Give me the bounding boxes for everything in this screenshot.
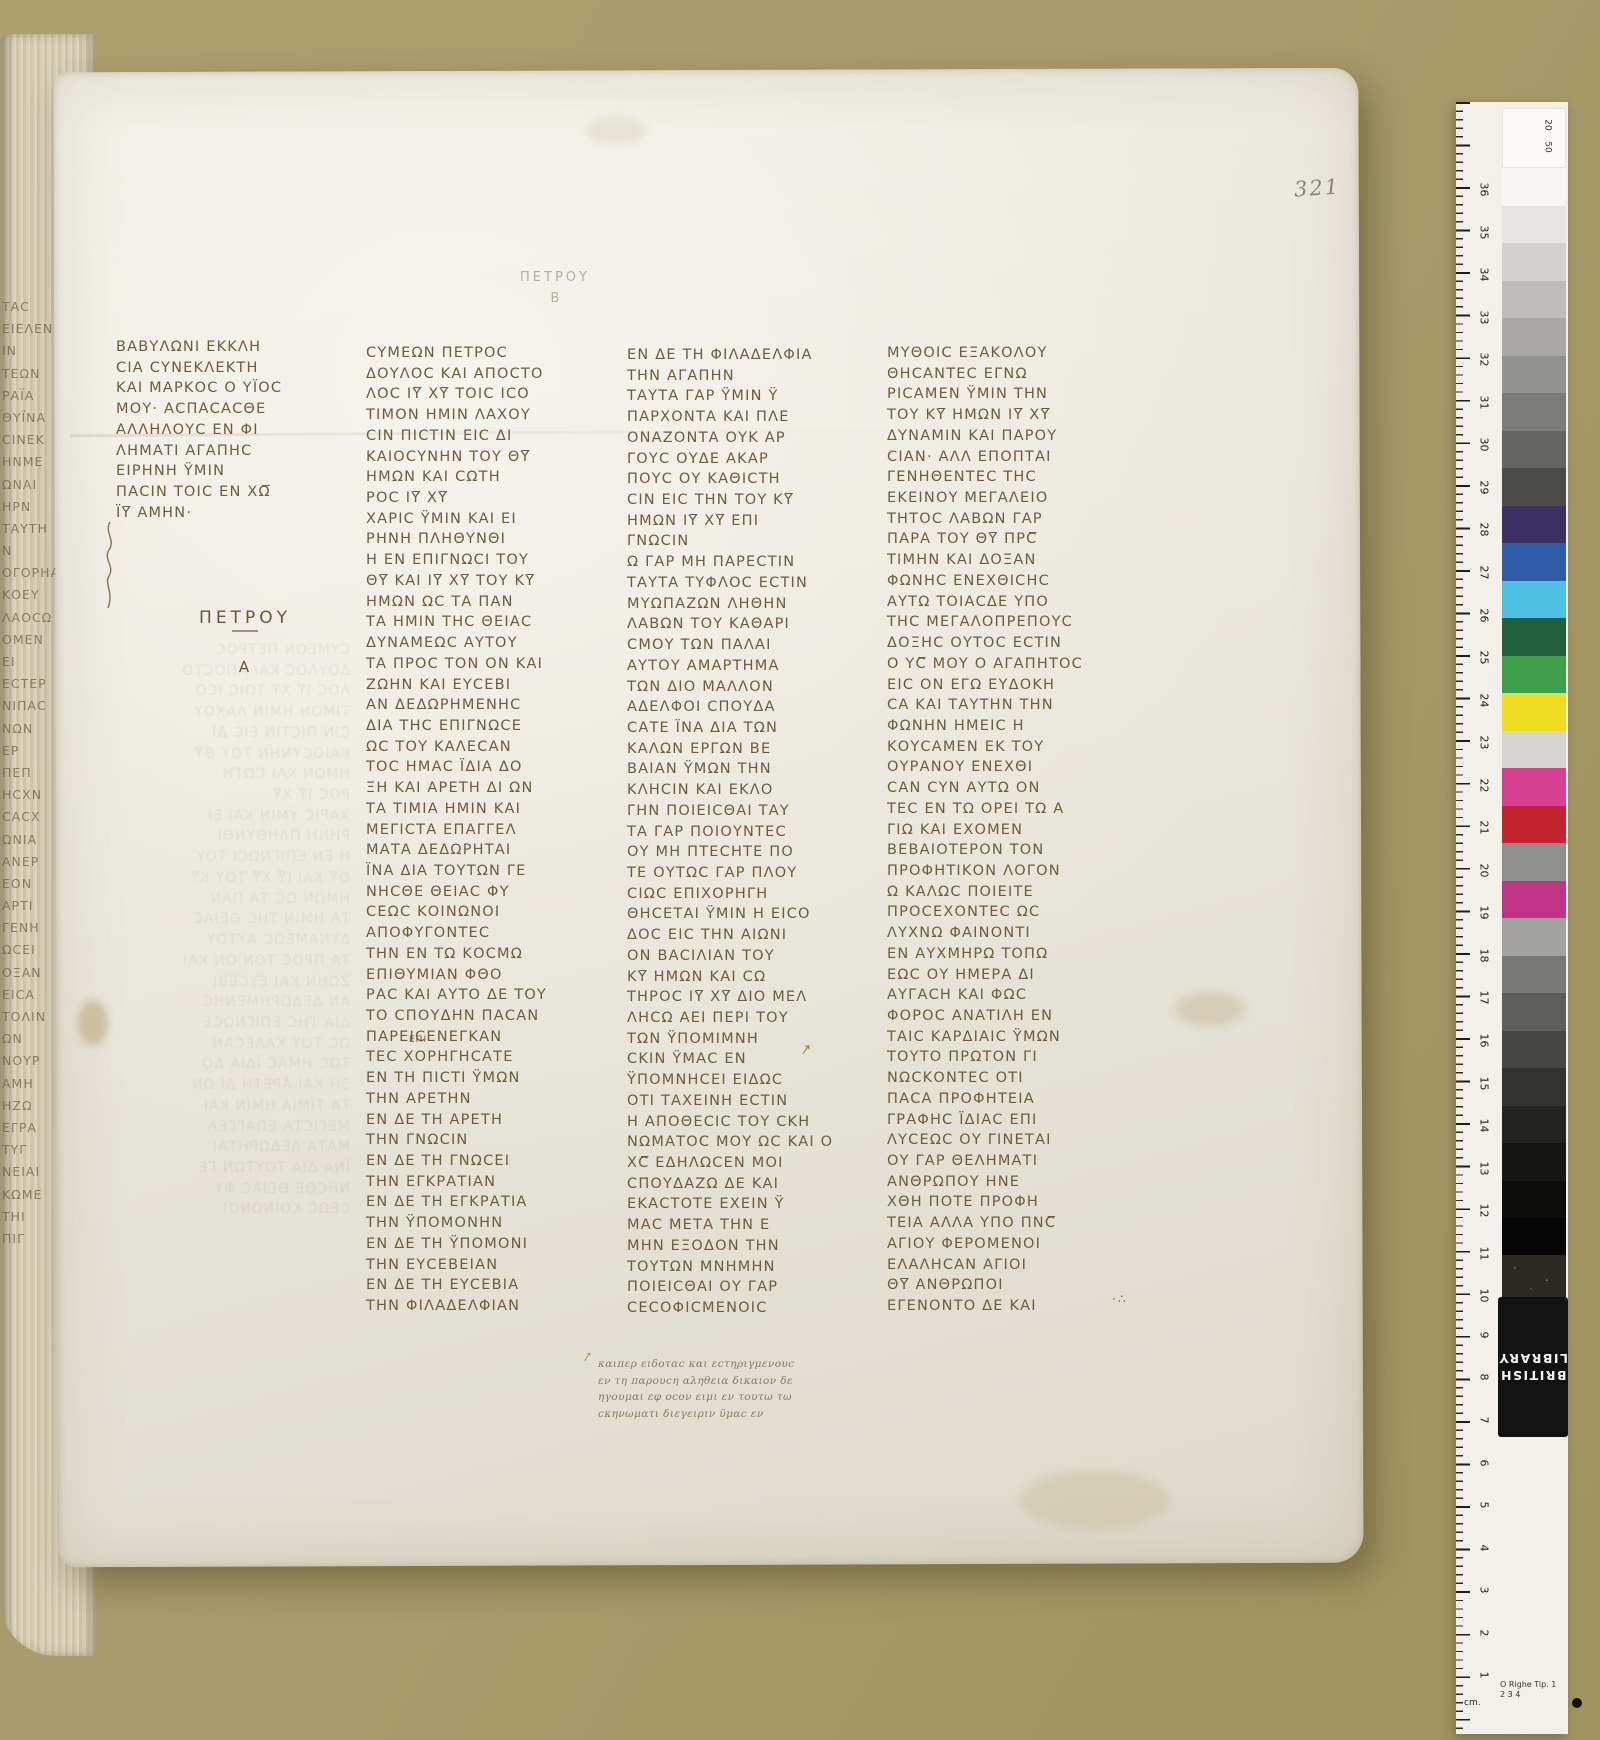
marginal-note-lines: καιπερ ειδοταϲ και εϲτηριγμενουϲεν τη πα… bbox=[598, 1356, 795, 1422]
manuscript-text-line: ΓΡΑΦΗϹ ΪΔΙΑϹ ΕΠΙ bbox=[887, 1110, 1131, 1131]
ruler-cm-ticks bbox=[1456, 102, 1470, 1734]
color-patch bbox=[1502, 1218, 1566, 1256]
color-patch bbox=[1502, 168, 1566, 206]
ruler-number: 30 bbox=[1478, 438, 1491, 458]
manuscript-text-line: ΠΟΙΕΙϹΘΑΙ ΟΥ ΓΑΡ bbox=[627, 1277, 877, 1298]
subscription-flourish bbox=[232, 630, 258, 632]
ruler-number: 12 bbox=[1478, 1204, 1491, 1224]
manuscript-text-line: ΤΗΝ ΓΝΩϹΙΝ bbox=[366, 1130, 606, 1151]
manuscript-text-line: ΤΗΝ ΕΥϹΕΒΕΙΑΝ bbox=[366, 1255, 606, 1276]
manuscript-text-line: ΤΟΥΤΩΝ ΜΝΗΜΗΝ bbox=[627, 1257, 877, 1278]
color-patch bbox=[1502, 1068, 1566, 1106]
page-stain bbox=[1175, 992, 1245, 1026]
ruler-number: 29 bbox=[1478, 480, 1491, 500]
manuscript-text-line: ΤΑΥΤΑ ΓΑΡ ΫΜΙΝ Ϋ bbox=[627, 386, 877, 407]
interlinear-correction: ΕΠΙ bbox=[409, 1035, 427, 1045]
manuscript-text-line: ΟΤΙ ΤΑΧΕΙΝΗ ΕϹΤΙΝ bbox=[627, 1091, 877, 1112]
page-stain bbox=[78, 1000, 108, 1046]
ghost-text-line: ΤΙΜΟΝ ΗΜΙΝ ΛΑΧΟΥ bbox=[118, 702, 350, 723]
manuscript-text-line: ΕΩϹ ΟΥ ΗΜΕΡΑ ΔΙ bbox=[887, 965, 1131, 986]
manuscript-text-line: ΛΥΧΝΩ ΦΑΙΝΟΝΤΙ bbox=[887, 923, 1131, 944]
manuscript-text-line: ΠΑΡΕΙϹΕΝΕΓΚΑΝ bbox=[366, 1027, 606, 1048]
manuscript-text-line: ΓΗΝ ΠΟΙΕΙϹΘΑΙ ΤΑΥ bbox=[627, 801, 877, 822]
manuscript-text-line: ϹΥΜΕΩΝ ΠΕΤΡΟϹ bbox=[366, 343, 606, 364]
manuscript-text-line: ΕΛΑΛΗϹΑΝ ΑΓΙΟΙ bbox=[887, 1255, 1131, 1276]
manuscript-text-line: Η ΕΝ ΕΠΙΓΝΩϹΙ ΤΟΥ bbox=[366, 550, 606, 571]
manuscript-text-line: ΓΝΩϹΙΝ bbox=[627, 531, 877, 552]
manuscript-text-line: ϹΕϹΟΦΙϹΜΕΝΟΙϹ bbox=[627, 1298, 877, 1319]
marginal-note-line: ϲκηνωματι διεγειριν ϋμαϲ εν bbox=[598, 1406, 795, 1423]
target-top-tab: 20 50 bbox=[1502, 108, 1566, 168]
ghost-text-line: ΚΑΙΟϹΥΝΗΝ ΤΟΥ ΘΥ̅ bbox=[118, 744, 350, 765]
manuscript-text-line: ϹΙΝ ΠΙϹΤΙΝ ΕΙϹ ΔΙ bbox=[366, 426, 606, 447]
manuscript-text-line: ΦΟΡΟϹ ΑΝΑΤΙΛΗ ΕΝ bbox=[887, 1006, 1131, 1027]
marginal-note-line: καιπερ ειδοταϲ και εϲτηριγμενουϲ bbox=[598, 1356, 795, 1373]
manuscript-text-line: ΚΑΛΩΝ ΕΡΓΩΝ ΒΕ bbox=[627, 739, 877, 760]
ruler-number: 18 bbox=[1478, 948, 1491, 968]
manuscript-text-line: ΤΗΤΟϹ ΛΑΒΩΝ ΓΑΡ bbox=[887, 509, 1131, 530]
manuscript-text-line: ΕΙϹ ΟΝ ΕΓΩ ΕΥΔΟΚΗ bbox=[887, 675, 1131, 696]
registration-dot bbox=[1572, 1698, 1582, 1708]
manuscript-text-line: ϹΑΤΕ ΪΝΑ ΔΙΑ ΤΩΝ bbox=[627, 718, 877, 739]
manuscript-text-line: ΝΩΜΑΤΟϹ ΜΟΥ ΩϹ ΚΑΙ Ο bbox=[627, 1132, 877, 1153]
manuscript-text-line: ϹΙΝ ΕΙϹ ΤΗΝ ΤΟΥ ΚΥ̅ bbox=[627, 490, 877, 511]
ruler-number: 35 bbox=[1478, 225, 1491, 245]
text-column-2: ϹΥΜΕΩΝ ΠΕΤΡΟϹΔΟΥΛΟϹ ΚΑΙ ΑΠΟϹΤΟΛΟϹ ΙΥ̅ ΧΥ… bbox=[366, 343, 606, 1317]
ghost-text-line: ΔΥΝΑΜΕΩϹ ΑΥΤΟΥ bbox=[118, 930, 350, 951]
ruler-number: 16 bbox=[1478, 1034, 1491, 1054]
ghost-text-line: ΛΟϹ ΙΥ̅ ΧΥ̅ ΤΟΙϹ ΙϹΟ bbox=[118, 681, 350, 702]
manuscript-text-line: ΪΥ̅ ΑΜΗΝ· bbox=[116, 503, 360, 524]
manuscript-text-line: ΒΑΒΥΛΩΝΙ ΕΚΚΛΗ bbox=[116, 337, 360, 358]
manuscript-text-line: ΕΝ ΑΥΧΜΗΡΩ ΤΟΠΩ bbox=[887, 944, 1131, 965]
ruler-number: 8 bbox=[1478, 1374, 1491, 1394]
manuscript-text-line: ΠΡΟϹΕΧΟΝΤΕϹ ΩϹ bbox=[887, 902, 1131, 923]
manuscript-text-line: ΠΑϹΑ ΠΡΟΦΗΤΕΙΑ bbox=[887, 1089, 1131, 1110]
text-column-1: ΒΑΒΥΛΩΝΙ ΕΚΚΛΗϹΙΑ ϹΥΝΕΚΛΕΚΤΗΚΑΙ ΜΑΡΚΟϹ Ο… bbox=[116, 337, 360, 523]
manuscript-text-line: ΤΕϹ ΧΟΡΗΓΗϹΑΤΕ bbox=[366, 1047, 606, 1068]
ghost-text-line: ΪΝΑ ΔΙΑ ΤΟΥΤΩΝ ΓΕ bbox=[118, 1158, 350, 1179]
manuscript-text-line: ΧϹ̅ ΕΔΗΛΩϹΕΝ ΜΟΙ bbox=[627, 1153, 877, 1174]
manuscript-text-line: ΜΗΝ ΕΞΟΔΟΝ ΤΗΝ bbox=[627, 1236, 877, 1257]
manuscript-text-line: ΓΕΝΗΘΕΝΤΕϹ ΤΗϹ bbox=[887, 467, 1131, 488]
manuscript-text-line: ΤΑ ΤΙΜΙΑ ΗΜΙΝ ΚΑΙ bbox=[366, 799, 606, 820]
marginal-note: ↗ καιπερ ειδοταϲ και εϲτηριγμενουϲεν τη … bbox=[598, 1356, 795, 1422]
ghost-text-line: ΑΝ ΔΕΔΩΡΗΜΕΝΗϹ bbox=[118, 992, 350, 1013]
ruler-number: 19 bbox=[1478, 906, 1491, 926]
color-patch bbox=[1502, 1181, 1566, 1219]
manuscript-text-line: ΛΗΜΑΤΙ ΑΓΑΠΗϹ bbox=[116, 441, 360, 462]
manuscript-text-line: ΘΗϹΕΤΑΙ ΫΜΙΝ Η ΕΙϹΟ bbox=[627, 904, 877, 925]
manuscript-text-line: ΤΙΜΟΝ ΗΜΙΝ ΛΑΧΟΥ bbox=[366, 405, 606, 426]
manuscript-text-line: ΔΟΞΗϹ ΟΥΤΟϹ ΕϹΤΙΝ bbox=[887, 633, 1131, 654]
library-label-line: LIBRARY bbox=[1498, 1350, 1568, 1367]
manuscript-text-line: ΜΥΩΠΑΖΩΝ ΛΗΘΗΝ bbox=[627, 594, 877, 615]
manuscript-text-line: ΤΗΡΟϹ ΙΥ̅ ΧΥ̅ ΔΙΟ ΜΕΛ bbox=[627, 987, 877, 1008]
running-title-numeral: Β bbox=[455, 291, 655, 306]
manuscript-text-line: ϹΙΑΝ· ΑΛΛ ΕΠΟΠΤΑΙ bbox=[887, 447, 1131, 468]
ruler-number: 13 bbox=[1478, 1161, 1491, 1181]
ghost-text-line: ΘΥ̅ ΚΑΙ ΙΥ̅ ΧΥ̅ ΤΟΥ ΚΥ̅ bbox=[118, 868, 350, 889]
color-patch bbox=[1502, 1106, 1566, 1144]
manuscript-text-line: ΚΑΙΟϹΥΝΗΝ ΤΟΥ ΘΥ̅ bbox=[366, 447, 606, 468]
manuscript-text-line: ΘΥ̅ ΑΝΘΡΩΠΟΙ bbox=[887, 1275, 1131, 1296]
ruler-maker-text: 2 3 4 bbox=[1500, 1690, 1566, 1700]
folio-number: 321 bbox=[1293, 174, 1341, 201]
ghost-text-line: ΤΑ ΠΡΟϹ ΤΟΝ ΟΝ ΚΑΙ bbox=[118, 951, 350, 972]
manuscript-text-line: ΠΡΟΦΗΤΙΚΟΝ ΛΟΓΟΝ bbox=[887, 861, 1131, 882]
manuscript-text-line: ΤΗΝ ΫΠΟΜΟΝΗΝ bbox=[366, 1213, 606, 1234]
color-patch bbox=[1502, 843, 1566, 881]
color-patch bbox=[1502, 806, 1566, 844]
running-title: ΠΕΤΡΟΥ Β bbox=[455, 270, 655, 306]
marginal-note-line: ηγουμαι εφ οϲον ειμι εν τουτω τω bbox=[598, 1389, 795, 1406]
manuscript-text-line: ΛΑΒΩΝ ΤΟΥ ΚΑΘΑΡΙ bbox=[627, 614, 877, 635]
manuscript-text-line: ΝΗϹΘΕ ΘΕΙΑϹ ΦΥ bbox=[366, 882, 606, 903]
manuscript-text-line: ΤΑΙϹ ΚΑΡΔΙΑΙϹ ΫΜΩΝ bbox=[887, 1027, 1131, 1048]
manuscript-text-line: ϹΚΙΝ ΫΜΑϹ ΕΝ bbox=[627, 1049, 877, 1070]
manuscript-text-line: ΠΟΥϹ ΟΥ ΚΑΘΙϹΤΗ bbox=[627, 469, 877, 490]
ruler-number: 20 bbox=[1478, 863, 1491, 883]
manuscript-text-line: ΗΜΩΝ ΚΑΙ ϹΩΤΗ bbox=[366, 467, 606, 488]
manuscript-text-line: Η ΑΠΟΘΕϹΙϹ ΤΟΥ ϹΚΗ bbox=[627, 1112, 877, 1133]
ruler-number: 14 bbox=[1478, 1119, 1491, 1139]
manuscript-text-line: ΤΗϹ ΜΕΓΑΛΟΠΡΕΠΟΥϹ bbox=[887, 612, 1131, 633]
ruler-number: 10 bbox=[1478, 1289, 1491, 1309]
marginal-note-line: εν τη παρουϲη αληθεια δικαιον δε bbox=[598, 1373, 795, 1390]
manuscript-text-line: ΟΥ ΓΑΡ ΘΕΛΗΜΑΤΙ bbox=[887, 1151, 1131, 1172]
color-patch bbox=[1502, 318, 1566, 356]
speckled-dark-patch bbox=[1502, 1255, 1566, 1297]
color-patch bbox=[1502, 356, 1566, 394]
manuscript-text-line: ΜΕΓΙϹΤΑ ΕΠΑΓΓΕΛ bbox=[366, 820, 606, 841]
manuscript-text-line: ΔΙΑ ΤΗϹ ΕΠΙΓΝΩϹΕ bbox=[366, 716, 606, 737]
manuscript-text-line: ΓΟΥϹ ΟΥΔΕ ΑΚΑΡ bbox=[627, 449, 877, 470]
color-patch bbox=[1502, 1143, 1566, 1181]
ghost-text-line: Η ΕΝ ΕΠΙΓΝΩϹΙ ΤΟΥ bbox=[118, 847, 350, 868]
color-patch bbox=[1502, 431, 1566, 469]
ghost-text-line: ΞΗ ΚΑΙ ΑΡΕΤΗ ΔΙ ΩΝ bbox=[118, 1075, 350, 1096]
manuscript-text-line: ϹΕΩϹ ΚΟΙΝΩΝΟΙ bbox=[366, 902, 606, 923]
manuscript-text-line: ΖΩΗΝ ΚΑΙ ΕΥϹΕΒΙ bbox=[366, 675, 606, 696]
page-stain bbox=[586, 118, 646, 144]
ruler-number: 25 bbox=[1478, 651, 1491, 671]
color-patch bbox=[1502, 243, 1566, 281]
ruler-number: 15 bbox=[1478, 1076, 1491, 1096]
manuscript-text-line: ΕΝ ΔΕ ΤΗ ΑΡΕΤΗ bbox=[366, 1110, 606, 1131]
manuscript-text-line: Ο ΥϹ̅ ΜΟΥ Ο ΑΓΑΠΗΤΟϹ bbox=[887, 654, 1131, 675]
manuscript-text-line: ΡΑϹ ΚΑΙ ΑΥΤΟ ΔΕ ΤΟΥ bbox=[366, 985, 606, 1006]
manuscript-text-line: ΤΑΥΤΑ ΤΥΦΛΟϹ ΕϹΤΙΝ bbox=[627, 573, 877, 594]
line-end-flourish: ·∴ bbox=[1112, 1292, 1127, 1306]
ghost-text-line: ΩϹ ΤΟΥ ΚΑΛΕϹΑΝ bbox=[118, 1034, 350, 1055]
ruler-number: 24 bbox=[1478, 693, 1491, 713]
coronis-mark bbox=[102, 520, 118, 614]
manuscript-text-line: ΑΥΓΑϹΗ ΚΑΙ ΦΩϹ bbox=[887, 985, 1131, 1006]
manuscript-text-line: ΡΟϹ ΙΥ̅ ΧΥ̅ bbox=[366, 488, 606, 509]
ghost-text-line: ΗΜΩΝ ΩϹ ΤΑ ΠΑΝ bbox=[118, 889, 350, 910]
manuscript-text-line: ΜΑϹ ΜΕΤΑ ΤΗΝ Ε bbox=[627, 1215, 877, 1236]
manuscript-text-line: Ω ΓΑΡ ΜΗ ΠΑΡΕϹΤΙΝ bbox=[627, 552, 877, 573]
ruler-number: 3 bbox=[1478, 1587, 1491, 1607]
manuscript-text-line: ΟΥΡΑΝΟΥ ΕΝΕΧΘΙ bbox=[887, 757, 1131, 778]
ghost-text-line: ΝΗϹΘΕ ΘΕΙΑϹ ΦΥ bbox=[118, 1179, 350, 1200]
target-tab-label: 20 bbox=[1543, 119, 1553, 130]
manuscript-text-line: ΚΟΥϹΑΜΕΝ ΕΚ ΤΟΥ bbox=[887, 737, 1131, 758]
manuscript-text-line: Ω ΚΑΛΩϹ ΠΟΙΕΙΤΕ bbox=[887, 882, 1131, 903]
manuscript-text-line: ΑΥΤΩ ΤΟΙΑϹΔΕ ΥΠΟ bbox=[887, 592, 1131, 613]
ruler-number: 27 bbox=[1478, 565, 1491, 585]
manuscript-photo-stage: ΤΑϹΕΙΕΛΕΝΙΝΤΕΩΝΡΑΪΑΘΥΪΝΑϹΙΝΕΚΗΝΜΕΩΝΑΙΗΡΝ… bbox=[0, 0, 1600, 1740]
subscription-numeral: Α bbox=[150, 658, 340, 676]
ghost-text-line: ΜΑΤΑ ΔΕΔΩΡΗΤΑΙ bbox=[118, 1137, 350, 1158]
manuscript-text-line: ΝΩϹΚΟΝΤΕϹ ΟΤΙ bbox=[887, 1068, 1131, 1089]
manuscript-text-line: ΛΥϹΕΩϹ ΟΥ ΓΙΝΕΤΑΙ bbox=[887, 1130, 1131, 1151]
manuscript-text-line: ΟΥ ΜΗ ΠΤΕϹΗΤΕ ΠΟ bbox=[627, 842, 877, 863]
ruler-number: 21 bbox=[1478, 821, 1491, 841]
manuscript-text-line: ΡΗΝΗ ΠΛΗΘΥΝΘΙ bbox=[366, 529, 606, 550]
manuscript-text-line: ΤΗΝ ΕΝ ΤΩ ΚΟϹΜΩ bbox=[366, 944, 606, 965]
ruler-number: 11 bbox=[1478, 1246, 1491, 1266]
color-patch bbox=[1502, 281, 1566, 319]
manuscript-text-line: ΤΩΝ ΫΠΟΜΙΜΝΗ bbox=[627, 1029, 877, 1050]
manuscript-text-line: ΠΑΡΑ ΤΟΥ ΘΥ̅ ΠΡϹ̅ bbox=[887, 529, 1131, 550]
manuscript-text-line: ΑΝΘΡΩΠΟΥ ΗΝΕ bbox=[887, 1172, 1131, 1193]
color-patch bbox=[1502, 506, 1566, 544]
manuscript-text-line: ΤΟϹ ΗΜΑϹ ΪΔΙΑ ΔΟ bbox=[366, 757, 606, 778]
page-stain bbox=[1020, 1470, 1170, 1530]
ruler-number: 36 bbox=[1478, 183, 1491, 203]
manuscript-text-line: ΩϹ ΤΟΥ ΚΑΛΕϹΑΝ bbox=[366, 737, 606, 758]
manuscript-text-line: ϹΜΟΥ ΤΩΝ ΠΑΛΑΙ bbox=[627, 635, 877, 656]
manuscript-text-line: ϹΑΝ ϹΥΝ ΑΥΤΩ ΟΝ bbox=[887, 778, 1131, 799]
ruler-number: 4 bbox=[1478, 1544, 1491, 1564]
target-tab-label: 50 bbox=[1543, 141, 1553, 152]
manuscript-text-line: ΕΝ ΔΕ ΤΗ ΓΝΩϹΕΙ bbox=[366, 1151, 606, 1172]
manuscript-text-line: ΧΘΗ ΠΟΤΕ ΠΡΟΦΗ bbox=[887, 1192, 1131, 1213]
color-calibration-patches bbox=[1502, 168, 1566, 1256]
manuscript-text-line: ΤΩΝ ΔΙΟ ΜΑΛΛΟΝ bbox=[627, 677, 877, 698]
ruler-number: 2 bbox=[1478, 1629, 1491, 1649]
manuscript-text-line: ΕΓΕΝΟΝΤΟ ΔΕ ΚΑΙ bbox=[887, 1296, 1131, 1317]
ghost-text-line: ΤΑ ΤΙΜΙΑ ΗΜΙΝ ΚΑΙ bbox=[118, 1096, 350, 1117]
manuscript-text-line: ΕΝ ΔΕ ΤΗ ΕΥϹΕΒΙΑ bbox=[366, 1275, 606, 1296]
manuscript-text-line: ϹΑ ΚΑΙ ΤΑΥΤΗΝ ΤΗΝ bbox=[887, 695, 1131, 716]
color-patch bbox=[1502, 881, 1566, 919]
manuscript-text-line: ΑΛΛΗΛΟΥϹ ΕΝ ΦΙ bbox=[116, 420, 360, 441]
manuscript-text-line: ΫΠΟΜΝΗϹΕΙ ΕΙΔΩϹ bbox=[627, 1070, 877, 1091]
color-patch bbox=[1502, 206, 1566, 244]
ruler-number: 28 bbox=[1478, 523, 1491, 543]
manuscript-text-line: ΤΗΝ ΕΓΚΡΑΤΙΑΝ bbox=[366, 1172, 606, 1193]
ruler-number: 34 bbox=[1478, 268, 1491, 288]
manuscript-text-line: ΕΙΡΗΝΗ ΫΜΙΝ bbox=[116, 461, 360, 482]
manuscript-text-line: ΜΟΥ· ΑϹΠΑϹΑϹΘΕ bbox=[116, 399, 360, 420]
manuscript-text-line: ΛΗϹΩ ΑΕΙ ΠΕΡΙ ΤΟΥ bbox=[627, 1008, 877, 1029]
manuscript-text-line: ΜΑΤΑ ΔΕΔΩΡΗΤΑΙ bbox=[366, 840, 606, 861]
manuscript-text-line: ΗΜΩΝ ΩϹ ΤΑ ΠΑΝ bbox=[366, 592, 606, 613]
manuscript-text-line: ΠΑϹΙΝ ΤΟΙϹ ΕΝ ΧΩ̅ bbox=[116, 482, 360, 503]
manuscript-text-line: ΕΚΕΙΝΟΥ ΜΕΓΑΛΕΙΟ bbox=[887, 488, 1131, 509]
ruler-number: 32 bbox=[1478, 353, 1491, 373]
ruler-number: 1 bbox=[1478, 1672, 1491, 1692]
manuscript-text-line: ΓΙΩ ΚΑΙ ΕΧΟΜΕΝ bbox=[887, 820, 1131, 841]
manuscript-text-line: ΪΝΑ ΔΙΑ ΤΟΥΤΩΝ ΓΕ bbox=[366, 861, 606, 882]
manuscript-text-line: ΑΠΟΦΥΓΟΝΤΕϹ bbox=[366, 923, 606, 944]
color-patch bbox=[1502, 693, 1566, 731]
ruler-number: 23 bbox=[1478, 736, 1491, 756]
ghost-text-line: ΤΑ ΗΜΙΝ ΤΗϹ ΘΕΙΑϹ bbox=[118, 909, 350, 930]
color-patch bbox=[1502, 581, 1566, 619]
color-patch bbox=[1502, 468, 1566, 506]
manuscript-text-line: ΤΑ ΗΜΙΝ ΤΗϹ ΘΕΙΑϹ bbox=[366, 612, 606, 633]
ghost-text-line: ΖΩΗΝ ΚΑΙ ΕΥϹΕΒΙ bbox=[118, 972, 350, 993]
manuscript-text-line: ΤΗΝ ΑΓΑΠΗΝ bbox=[627, 366, 877, 387]
text-column-3: ΕΝ ΔΕ ΤΗ ΦΙΛΑΔΕΛΦΙΑΤΗΝ ΑΓΑΠΗΝΤΑΥΤΑ ΓΑΡ Ϋ… bbox=[627, 345, 877, 1319]
manuscript-text-line: ΕΠΙΘΥΜΙΑΝ ΦΘΟ bbox=[366, 965, 606, 986]
manuscript-text-line: ΠΑΡΧΟΝΤΑ ΚΑΙ ΠΛΕ bbox=[627, 407, 877, 428]
manuscript-text-line: ΔΟΥΛΟϹ ΚΑΙ ΑΠΟϹΤΟ bbox=[366, 364, 606, 385]
ghost-text-line: ΤΟϹ ΗΜΑϹ ΪΔΙΑ ΔΟ bbox=[118, 1054, 350, 1075]
manuscript-text-line: ΤΙΜΗΝ ΚΑΙ ΔΟΞΑΝ bbox=[887, 550, 1131, 571]
british-library-label: BRITISH LIBRARY bbox=[1498, 1297, 1568, 1437]
verso-showthrough: ϹΥΜΕΩΝ ΠΕΤΡΟϹΔΟΥΛΟϹ ΚΑΙ ΑΠΟϹΤΟΛΟϹ ΙΥ̅ ΧΥ… bbox=[118, 640, 350, 1240]
manuscript-text-line: ΤΟΥΤΟ ΠΡΩΤΟΝ ΓΙ bbox=[887, 1047, 1131, 1068]
manuscript-text-line: ΞΗ ΚΑΙ ΑΡΕΤΗ ΔΙ ΩΝ bbox=[366, 778, 606, 799]
ghost-text-line: ΡΟϹ ΙΥ̅ ΧΥ̅ bbox=[118, 785, 350, 806]
manuscript-text-line: ΟΝ ΒΑϹΙΛΙΑΝ ΤΟΥ bbox=[627, 946, 877, 967]
ruler-number: 22 bbox=[1478, 778, 1491, 798]
manuscript-text-line: ΑΥΤΟΥ ΑΜΑΡΤΗΜΑ bbox=[627, 656, 877, 677]
color-patch bbox=[1502, 1031, 1566, 1069]
manuscript-text-line: ΟΝΑΖΟΝΤΑ ΟΥΚ ΑΡ bbox=[627, 428, 877, 449]
ruler-number: 6 bbox=[1478, 1459, 1491, 1479]
ruler-number: 7 bbox=[1478, 1416, 1491, 1436]
manuscript-text-line: ΤΟ ϹΠΟΥΔΗΝ ΠΑϹΑΝ bbox=[366, 1006, 606, 1027]
manuscript-text-line: ΕΝ ΤΗ ΠΙϹΤΙ ΫΜΩΝ bbox=[366, 1068, 606, 1089]
manuscript-text-line: ΤΕ ΟΥΤΩϹ ΓΑΡ ΠΛΟΥ bbox=[627, 863, 877, 884]
manuscript-text-line: ΒΕΒΑΙΟΤΕΡΟΝ ΤΟΝ bbox=[887, 840, 1131, 861]
ruler-number: 5 bbox=[1478, 1502, 1491, 1522]
color-patch bbox=[1502, 731, 1566, 769]
ghost-text-line: ΡΗΝΗ ΠΛΗΘΥΝΘΙ bbox=[118, 826, 350, 847]
ghost-text-line: ΔΙΑ ΤΗϹ ΕΠΙΓΝΩϹΕ bbox=[118, 1013, 350, 1034]
color-patch bbox=[1502, 543, 1566, 581]
manuscript-text-line: ϹΙΩϹ ΕΠΙΧΟΡΗΓΗ bbox=[627, 884, 877, 905]
manuscript-text-line: ΤΑ ΓΑΡ ΠΟΙΟΥΝΤΕϹ bbox=[627, 822, 877, 843]
running-title-text: ΠΕΤΡΟΥ bbox=[455, 270, 655, 285]
manuscript-text-line: ΘΗϹΑΝΤΕϹ ΕΓΝΩ bbox=[887, 364, 1131, 385]
manuscript-text-line: ΔΟϹ ΕΙϹ ΤΗΝ ΑΙΩΝΙ bbox=[627, 925, 877, 946]
manuscript-text-line: ΚΛΗϹΙΝ ΚΑΙ ΕΚΛΟ bbox=[627, 780, 877, 801]
manuscript-text-line: ΦΩΝΗΝ ΗΜΕΙϹ Η bbox=[887, 716, 1131, 737]
color-patch bbox=[1502, 618, 1566, 656]
ruler-number: 31 bbox=[1478, 395, 1491, 415]
manuscript-text-line: ΔΥΝΑΜΕΩϹ ΑΥΤΟΥ bbox=[366, 633, 606, 654]
color-patch bbox=[1502, 768, 1566, 806]
color-patch bbox=[1502, 956, 1566, 994]
ghost-text-line: ϹΕΩϹ ΚΟΙΝΩΝΟΙ bbox=[118, 1199, 350, 1220]
ruler-bottom-texts: O Righe Tip. 1 2 3 4 bbox=[1500, 1680, 1566, 1700]
manuscript-text-line: ΛΟϹ ΙΥ̅ ΧΥ̅ ΤΟΙϹ ΙϹΟ bbox=[366, 384, 606, 405]
ruler-number: 17 bbox=[1478, 991, 1491, 1011]
manuscript-text-line: ΕΚΑϹΤΟΤΕ ΕΧΕΙΝ Ϋ bbox=[627, 1194, 877, 1215]
manuscript-text-line: ΧΑΡΙϹ ΫΜΙΝ ΚΑΙ ΕΙ bbox=[366, 509, 606, 530]
ghost-text-line: ΜΕΓΙϹΤΑ ΕΠΑΓΓΕΛ bbox=[118, 1117, 350, 1138]
color-patch bbox=[1502, 993, 1566, 1031]
manuscript-text-line: ΤΗΝ ΑΡΕΤΗΝ bbox=[366, 1089, 606, 1110]
ghost-text-line: ΗΜΩΝ ΚΑΙ ϹΩΤΗ bbox=[118, 764, 350, 785]
manuscript-text-line: ΔΥΝΑΜΙΝ ΚΑΙ ΠΑΡΟΥ bbox=[887, 426, 1131, 447]
manuscript-text-line: ΜΥΘΟΙϹ ΕΞΑΚΟΛΟΥ bbox=[887, 343, 1131, 364]
manuscript-text-line: ΑΝ ΔΕΔΩΡΗΜΕΝΗϹ bbox=[366, 695, 606, 716]
manuscript-text-line: ΡΙϹΑΜΕΝ ΫΜΙΝ ΤΗΝ bbox=[887, 384, 1131, 405]
text-column-4: ΜΥΘΟΙϹ ΕΞΑΚΟΛΟΥΘΗϹΑΝΤΕϹ ΕΓΝΩΡΙϹΑΜΕΝ ΫΜΙΝ… bbox=[887, 343, 1131, 1317]
color-patch bbox=[1502, 393, 1566, 431]
ruler-number: 33 bbox=[1478, 310, 1491, 330]
ruler-maker-text: O Righe Tip. 1 bbox=[1500, 1680, 1566, 1690]
manuscript-text-line: ΘΥ̅ ΚΑΙ ΙΥ̅ ΧΥ̅ ΤΟΥ ΚΥ̅ bbox=[366, 571, 606, 592]
library-label-line: BRITISH bbox=[1500, 1367, 1567, 1384]
manuscript-text-line: ΕΝ ΔΕ ΤΗ ΕΓΚΡΑΤΙΑ bbox=[366, 1192, 606, 1213]
manuscript-text-line: ΤΕΙΑ ΑΛΛΑ ΥΠΟ ΠΝϹ̅ bbox=[887, 1213, 1131, 1234]
insertion-arrow-icon: ↗ bbox=[799, 1041, 813, 1058]
ghost-text-line: ϹΙΝ ΠΙϹΤΙΝ ΕΙϹ ΔΙ bbox=[118, 723, 350, 744]
ruler-number: 9 bbox=[1478, 1331, 1491, 1351]
color-patch bbox=[1502, 918, 1566, 956]
manuscript-text-line: ΚΑΙ ΜΑΡΚΟϹ Ο ΥΪΟϹ bbox=[116, 378, 360, 399]
manuscript-text-line: ΕΝ ΔΕ ΤΗ ΦΙΛΑΔΕΛΦΙΑ bbox=[627, 345, 877, 366]
ruler-unit-label: cm. bbox=[1464, 1698, 1481, 1708]
calibration-ruler-assembly: 3635343332313029282726252423222120191817… bbox=[1456, 102, 1568, 1734]
manuscript-text-line: ΒΑΙΑΝ ΫΜΩΝ ΤΗΝ bbox=[627, 759, 877, 780]
manuscript-text-line: ΚΥ̅ ΗΜΩΝ ΚΑΙ ϹΩ bbox=[627, 967, 877, 988]
manuscript-text-line: ϹΠΟΥΔΑΖΩ ΔΕ ΚΑΙ bbox=[627, 1174, 877, 1195]
manuscript-text-line: ΤΑ ΠΡΟϹ ΤΟΝ ΟΝ ΚΑΙ bbox=[366, 654, 606, 675]
manuscript-text-line: ΗΜΩΝ ΙΥ̅ ΧΥ̅ ΕΠΙ bbox=[627, 511, 877, 532]
manuscript-text-line: ϹΙΑ ϹΥΝΕΚΛΕΚΤΗ bbox=[116, 358, 360, 379]
subscription-1peter: ΠΕΤΡΟΥ Α bbox=[150, 608, 340, 676]
manuscript-text-line: ΤΗΝ ΦΙΛΑΔΕΛΦΙΑΝ bbox=[366, 1296, 606, 1317]
manuscript-text-line: ΕΝ ΔΕ ΤΗ ΫΠΟΜΟΝΙ bbox=[366, 1234, 606, 1255]
ghost-text-line: ΧΑΡΙϹ ΫΜΙΝ ΚΑΙ ΕΙ bbox=[118, 806, 350, 827]
manuscript-text-line: ΑΓΙΟΥ ΦΕΡΟΜΕΝΟΙ bbox=[887, 1234, 1131, 1255]
manuscript-text-line: ΦΩΝΗϹ ΕΝΕΧΘΙϹΗϹ bbox=[887, 571, 1131, 592]
manuscript-text-line: ΑΔΕΛΦΟΙ ϹΠΟΥΔΑ bbox=[627, 697, 877, 718]
color-patch bbox=[1502, 656, 1566, 694]
ruler-number: 26 bbox=[1478, 608, 1491, 628]
subscription-title: ΠΕΤΡΟΥ bbox=[150, 608, 340, 628]
manuscript-text-line: ΤΟΥ ΚΥ̅ ΗΜΩΝ ΙΥ̅ ΧΥ̅ bbox=[887, 405, 1131, 426]
manuscript-text-line: ΤΕϹ ΕΝ ΤΩ ΟΡΕΙ ΤΩ Α bbox=[887, 799, 1131, 820]
